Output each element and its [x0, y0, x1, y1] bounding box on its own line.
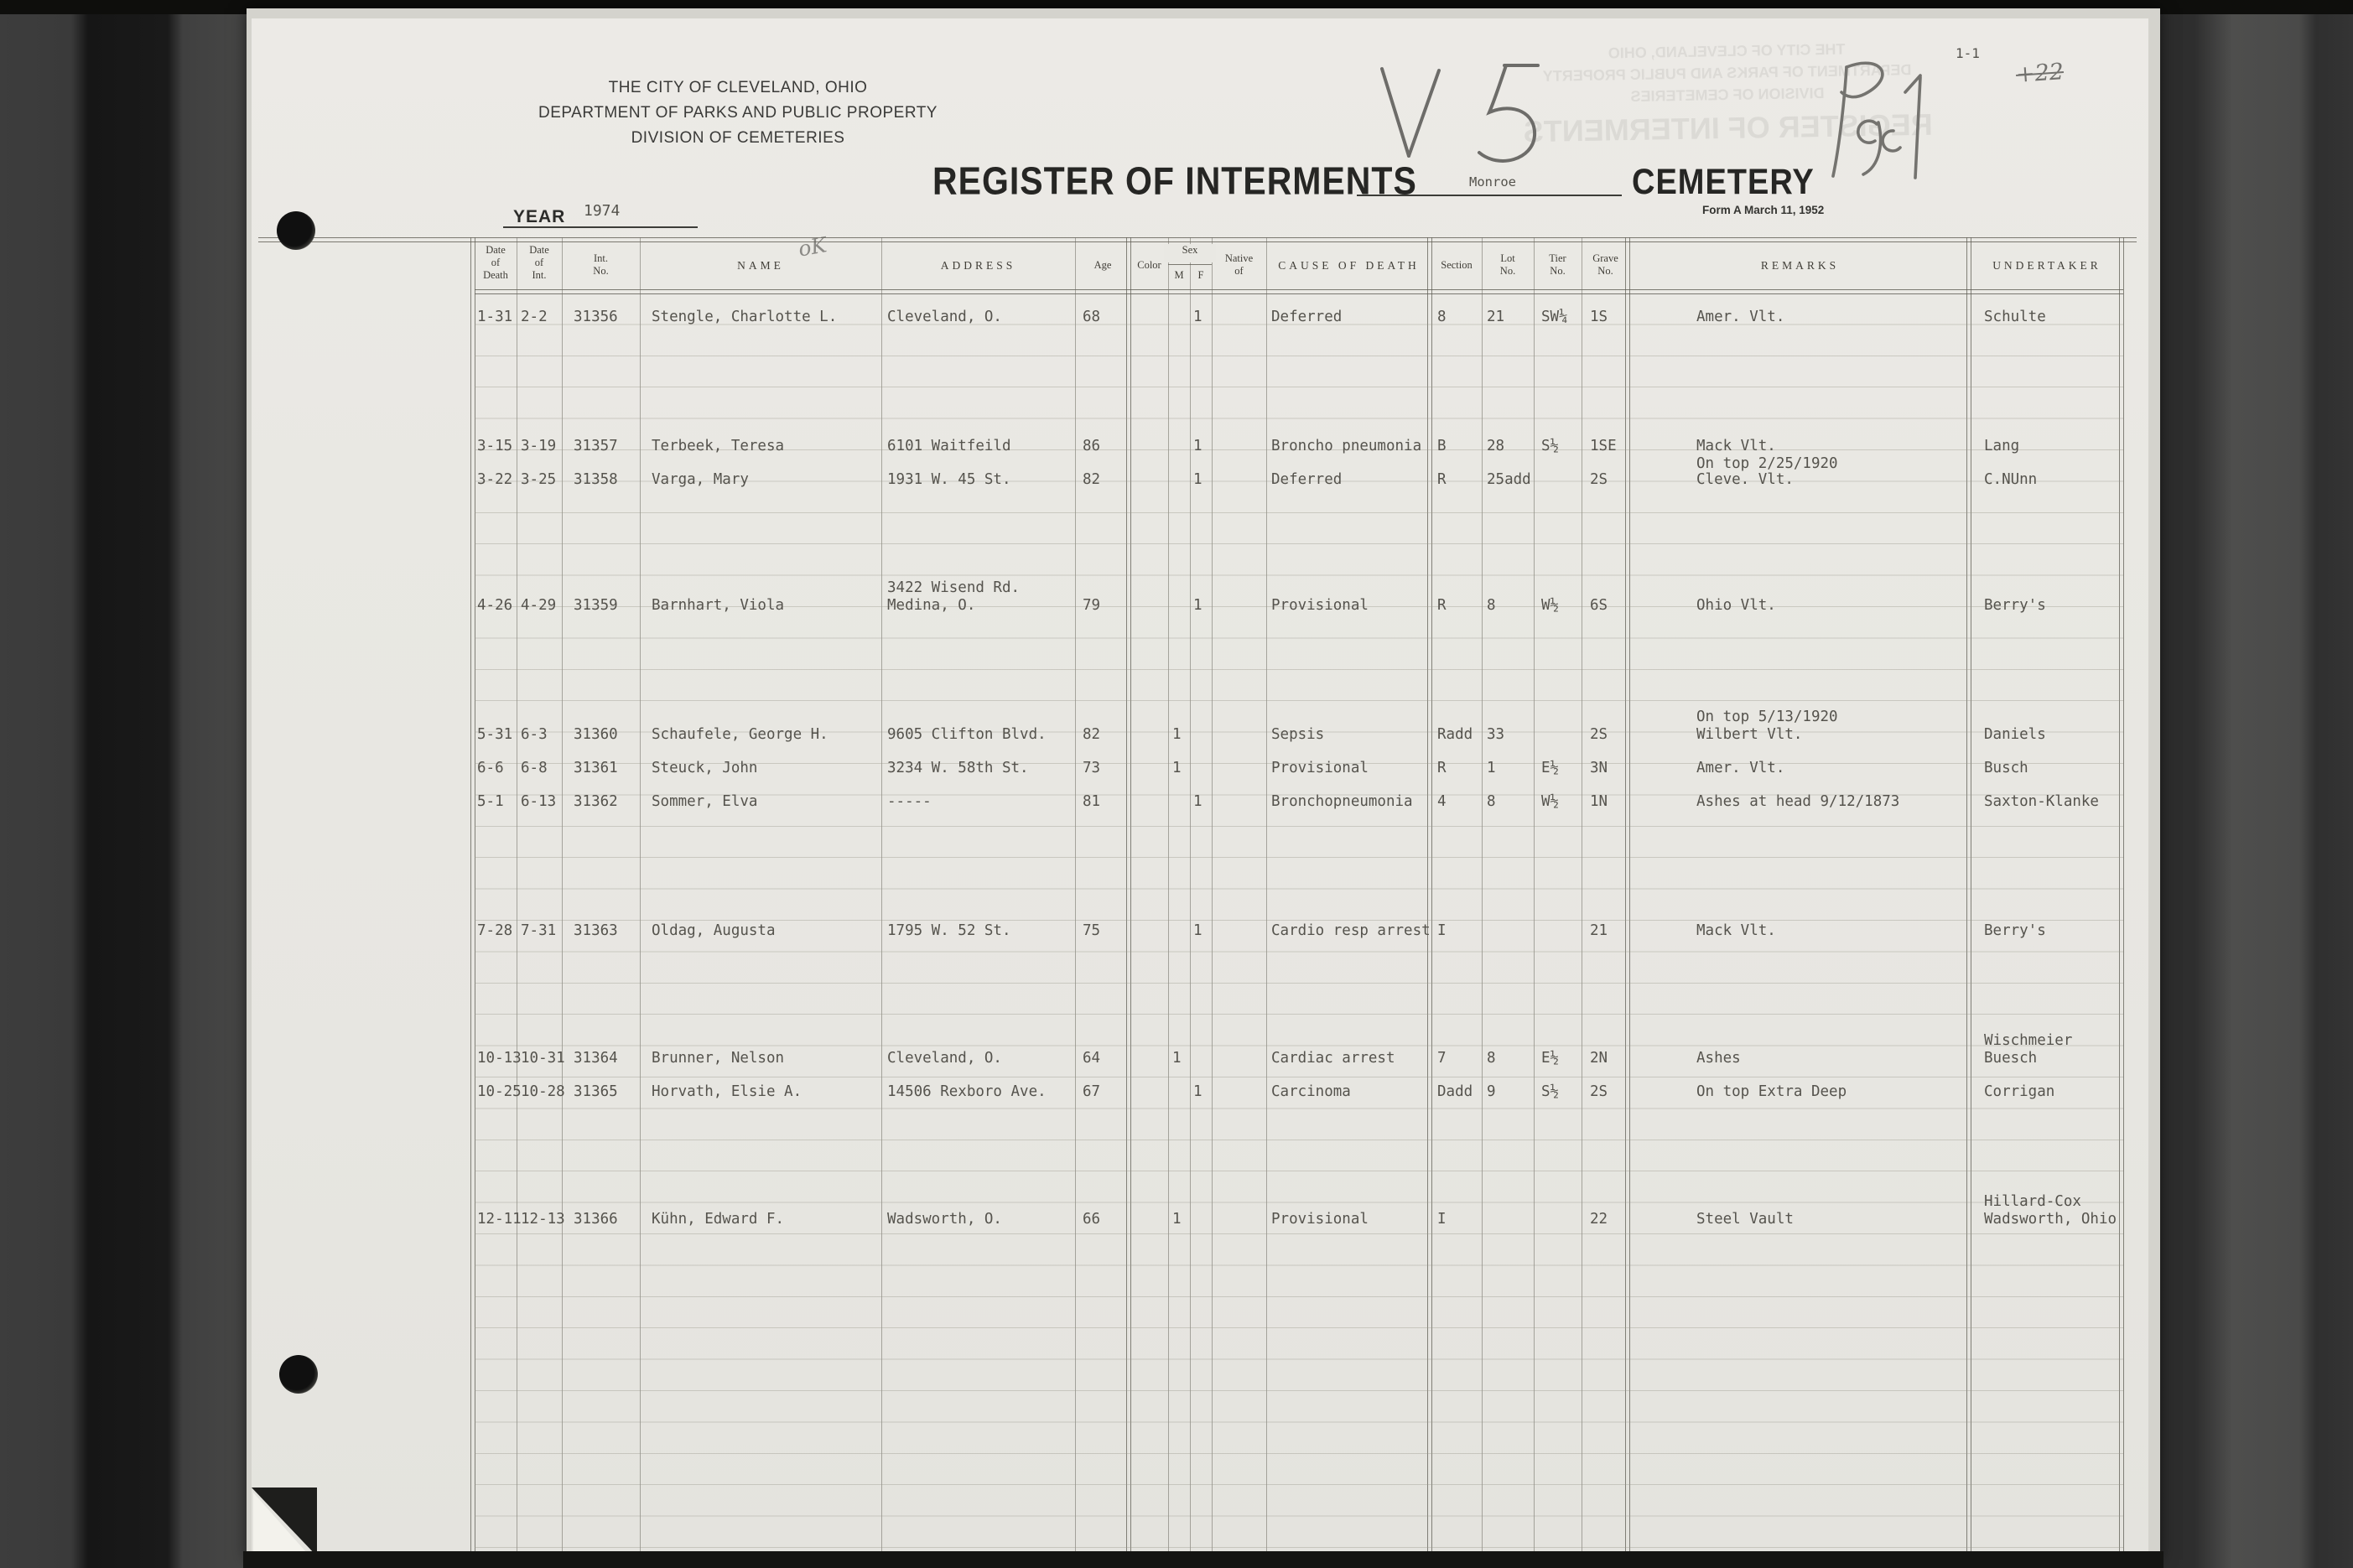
- org-line-dept: DEPARTMENT OF PARKS AND PUBLIC PROPERTY: [528, 101, 948, 126]
- cell-undertaker-row8: Wischmeier Buesch: [1984, 1032, 2174, 1067]
- column-header-dd: Date of Death: [475, 244, 517, 282]
- cell-lot-row4: 33: [1487, 726, 1584, 744]
- corner-code: 1-1: [1956, 45, 1980, 61]
- cell-remarks-row5: Amer. Vlt.: [1696, 760, 2021, 777]
- scanner-background-right: [2148, 0, 2353, 1568]
- column-header-native: Native of: [1212, 252, 1266, 278]
- cell-grave-row9: 2S: [1590, 1083, 1680, 1101]
- cell-age-row5: 73: [1083, 760, 1181, 777]
- column-header-age: Age: [1075, 259, 1130, 272]
- org-line-city: THE CITY OF CLEVELAND, OHIO: [528, 75, 948, 101]
- cell-undertaker-row7: Berry's: [1984, 922, 2174, 940]
- column-header-cause: CAUSE OF DEATH: [1266, 259, 1431, 272]
- cell-grave-row0: 1S: [1590, 309, 1680, 326]
- page-title: REGISTER OF INTERMENTS: [932, 159, 1417, 204]
- cell-remarks-row8: Ashes: [1696, 1050, 2021, 1067]
- cell-undertaker-row0: Schulte: [1984, 309, 2174, 326]
- cell-remarks-row9: On top Extra Deep: [1696, 1083, 2021, 1101]
- column-header-m: M: [1168, 269, 1190, 282]
- table-rule-horizontal: [475, 289, 2123, 290]
- cell-undertaker-row3: Berry's: [1984, 597, 2174, 615]
- cell-undertaker-row1: Lang: [1984, 438, 2174, 455]
- column-header-f: F: [1190, 269, 1212, 282]
- column-header-section: Section: [1431, 259, 1482, 272]
- cell-f-row1: 1: [1193, 438, 1262, 455]
- cell-f-row2: 1: [1193, 471, 1262, 489]
- column-header-remarks: REMARKS: [1629, 259, 1971, 272]
- column-header-no: Int. No.: [562, 252, 640, 278]
- year-label: YEAR: [513, 207, 565, 227]
- cell-remarks-row6: Ashes at head 9/12/1873: [1696, 793, 2021, 811]
- sex-subheader-rule: [1168, 264, 1212, 265]
- column-header-di: Date of Int.: [517, 244, 562, 282]
- year-value-typed: 1974: [584, 202, 620, 220]
- column-header-addr: ADDRESS: [881, 259, 1075, 272]
- column-header-lot: Lot No.: [1482, 252, 1534, 278]
- cell-grave-row6: 1N: [1590, 793, 1680, 811]
- table-rule-vertical: [470, 237, 471, 1568]
- cell-section-row7: I: [1437, 922, 1532, 940]
- cell-undertaker-row10: Hillard-Cox Wadsworth, Ohio: [1984, 1193, 2174, 1228]
- paper-bottom-edge: [243, 1551, 2163, 1568]
- cemetery-underline: [1357, 195, 1622, 196]
- cell-f-row3: 1: [1193, 597, 1262, 615]
- punch-hole-top: [277, 211, 315, 250]
- cell-m-row10: 1: [1172, 1211, 1240, 1228]
- cell-remarks-row10: Steel Vault: [1696, 1211, 2021, 1228]
- year-underline: [503, 226, 698, 228]
- cell-undertaker-row2: C.NUnn: [1984, 471, 2174, 489]
- scanned-register-page: THE CITY OF CLEVELAND, OHIO DEPARTMENT O…: [0, 0, 2353, 1568]
- cell-undertaker-row5: Busch: [1984, 760, 2174, 777]
- table-rule-horizontal: [258, 237, 2137, 238]
- column-header-sex: Sex: [1164, 244, 1216, 262]
- cell-remarks-row7: Mack Vlt.: [1696, 922, 2021, 940]
- cell-age-row6: 81: [1083, 793, 1181, 811]
- cell-age-row7: 75: [1083, 922, 1181, 940]
- cemetery-name-typed: Monroe: [1469, 174, 1516, 190]
- cell-remarks-row3: Ohio Vlt.: [1696, 597, 2021, 615]
- cell-grave-row1: 1SE: [1590, 438, 1680, 455]
- cell-grave-row2: 2S: [1590, 471, 1680, 489]
- cell-f-row6: 1: [1193, 793, 1262, 811]
- cell-f-row0: 1: [1193, 309, 1262, 326]
- column-header-tier: Tier No.: [1534, 252, 1582, 278]
- ledger-paper: THE CITY OF CLEVELAND, OHIO DEPARTMENT O…: [252, 18, 2148, 1556]
- cell-lot-row2: 25add: [1487, 471, 1584, 489]
- cell-remarks-row4: On top 5/13/1920 Wilbert Vlt.: [1696, 709, 2021, 743]
- column-header-grave: Grave No.: [1582, 252, 1629, 278]
- cell-undertaker-row6: Saxton-Klanke: [1984, 793, 2174, 811]
- register-table: Date of DeathDate of Int.Int. No.NAMEADD…: [475, 237, 2123, 1568]
- pencil-volume-mark: [1372, 57, 1565, 170]
- column-header-color: Color: [1130, 259, 1168, 272]
- punch-hole-bottom: [279, 1355, 318, 1394]
- cell-age-row9: 67: [1083, 1083, 1181, 1101]
- cell-age-row3: 79: [1083, 597, 1181, 615]
- org-line-division: DIVISION OF CEMETERIES: [528, 126, 948, 151]
- cell-section-row10: I: [1437, 1211, 1532, 1228]
- cell-grave-row4: 2S: [1590, 726, 1680, 744]
- cell-undertaker-row9: Corrigan: [1984, 1083, 2174, 1101]
- column-header-name: NAME: [640, 259, 881, 272]
- cell-age-row2: 82: [1083, 471, 1181, 489]
- cell-grave-row10: 22: [1590, 1211, 1680, 1228]
- crossed-out-number: +22: [2015, 59, 2065, 88]
- cell-age-row0: 68: [1083, 309, 1181, 326]
- cell-m-row4: 1: [1172, 726, 1240, 744]
- cell-grave-row3: 6S: [1590, 597, 1680, 615]
- dogear-fold: [253, 1493, 307, 1553]
- column-header-undertaker: UNDERTAKER: [1971, 259, 2123, 272]
- cemetery-label: CEMETERY: [1632, 163, 1815, 203]
- cell-grave-row7: 21: [1590, 922, 1680, 940]
- table-rule-horizontal: [258, 241, 2137, 242]
- pencil-page-mark: [1821, 44, 1956, 186]
- cell-remarks-row2: Cleve. Vlt.: [1696, 471, 2021, 489]
- cell-grave-row8: 2N: [1590, 1050, 1680, 1067]
- cell-f-row9: 1: [1193, 1083, 1262, 1101]
- cell-age-row10: 66: [1083, 1211, 1181, 1228]
- cell-age-row1: 86: [1083, 438, 1181, 455]
- cell-age-row8: 64: [1083, 1050, 1181, 1067]
- cell-m-row5: 1: [1172, 760, 1240, 777]
- cell-grave-row5: 3N: [1590, 760, 1680, 777]
- cell-age-row4: 82: [1083, 726, 1181, 744]
- cell-undertaker-row4: Daniels: [1984, 726, 2174, 744]
- cell-remarks-row1: Mack Vlt. On top 2/25/1920: [1696, 438, 2021, 472]
- cell-f-row7: 1: [1193, 922, 1262, 940]
- cell-m-row8: 1: [1172, 1050, 1240, 1067]
- cell-remarks-row0: Amer. Vlt.: [1696, 309, 2021, 326]
- form-note: Form A March 11, 1952: [1702, 204, 1824, 216]
